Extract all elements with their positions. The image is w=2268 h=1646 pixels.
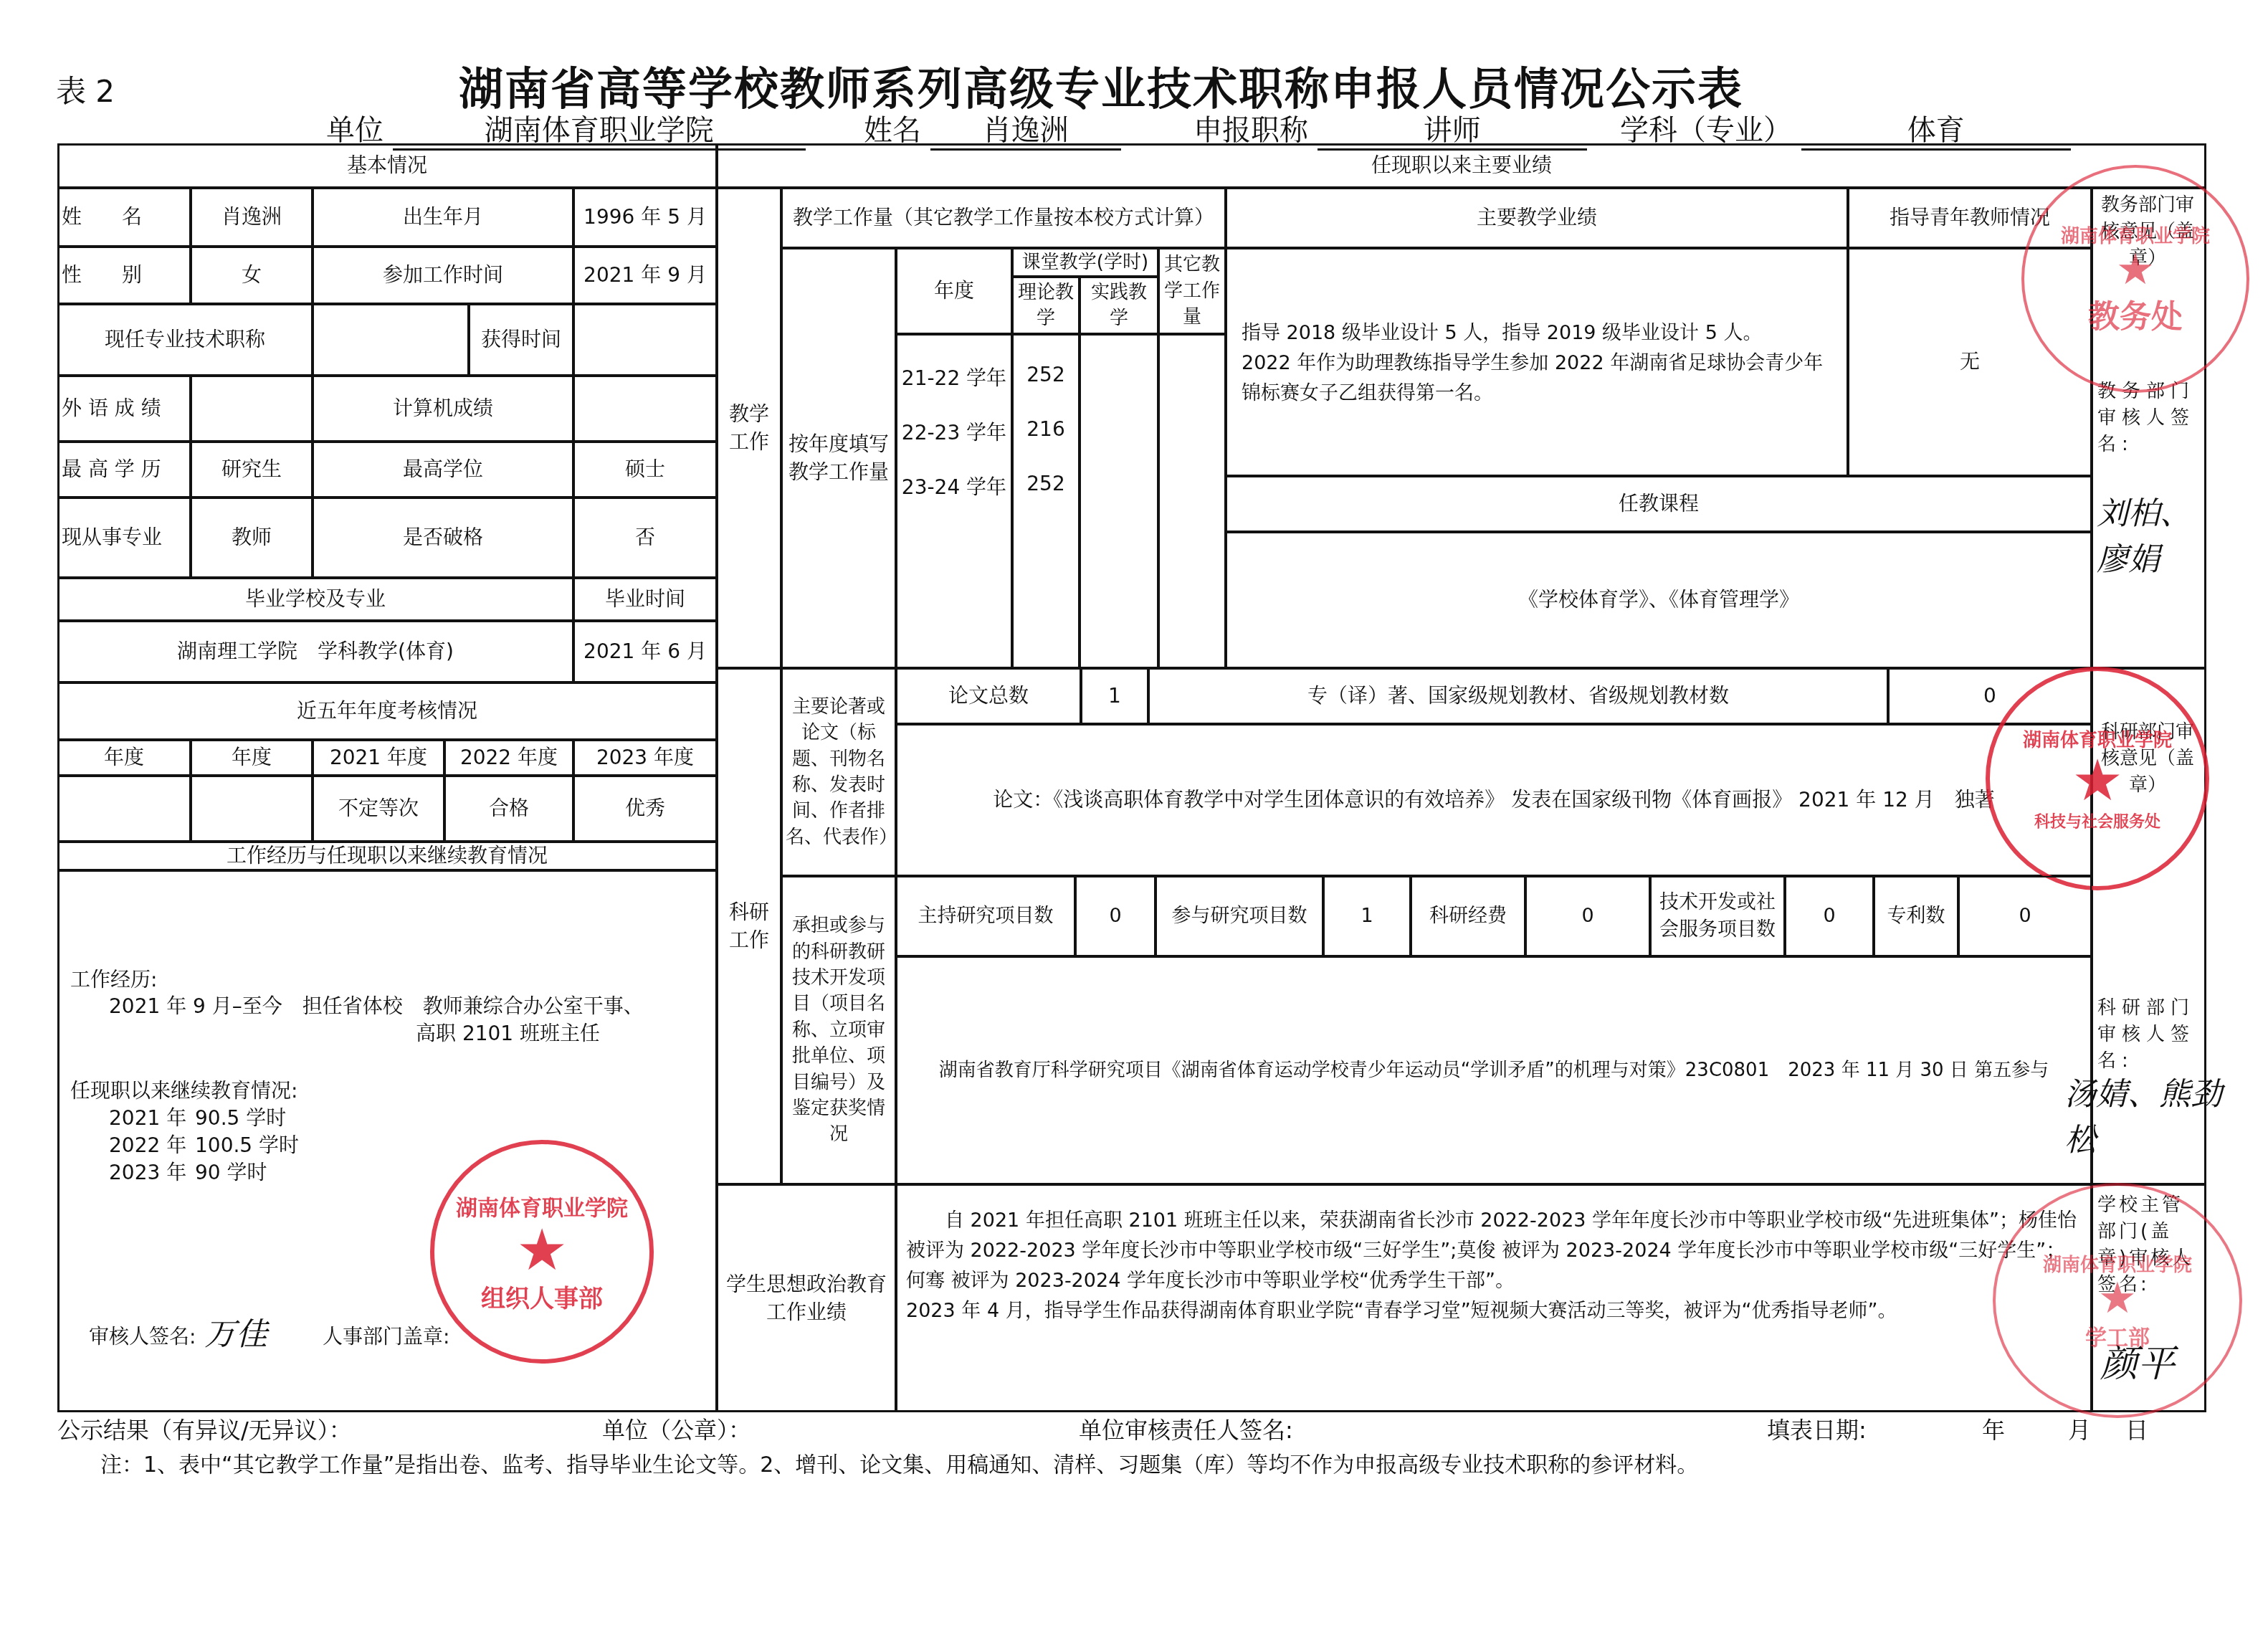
subject-label: 学科（专业） (1620, 114, 1792, 147)
tech-service-label: 技术开发或社会服务项目数 (1650, 876, 1785, 956)
continuing-hours: 100.5 学时 (195, 1130, 299, 1159)
unit-label: 单位 (326, 114, 383, 147)
assessment-value: 不定等次 (313, 776, 444, 842)
current-title-value-cell (313, 304, 469, 376)
work-start-label-cell: 参加工作时间 (313, 247, 573, 304)
foreign-lang-value-cell (191, 376, 313, 442)
research-opinion-label: 科研部门审核意见（盖章） (2097, 717, 2198, 796)
exception-label-cell: 是否破格 (313, 498, 573, 578)
workload-theory: 216 (1012, 417, 1080, 441)
name-value-cell: 肖逸洲 (191, 188, 313, 247)
patents-label: 专利数 (1874, 876, 1958, 956)
experience-title-cell: 工作经历与任现职以来继续教育情况 (57, 842, 717, 870)
paper-count-label-cell: 论文总数 (896, 668, 1081, 724)
host-projects-label: 主持研究项目数 (896, 876, 1075, 956)
continuing-hours: 90 学时 (195, 1157, 267, 1186)
tech-service-value: 0 (1785, 876, 1874, 956)
classroom-label-cell: 课堂教学(学时) (1012, 248, 1158, 277)
assessment-header: 年度 (191, 740, 313, 776)
assessment-title-cell: 近五年年度考核情况 (57, 682, 717, 740)
school-value-cell: 湖南理工学院 学科教学(体育) (57, 621, 573, 682)
research-signer-label: 科研部门审核人签名: (2097, 993, 2198, 1072)
continuing-year: 2023 年 (109, 1157, 186, 1186)
continuing-year: 2021 年 (109, 1103, 186, 1131)
assessment-value: 合格 (444, 776, 573, 842)
computer-label-cell: 计算机成绩 (313, 376, 573, 442)
courses-value-cell: 《学校体育学》、《体育管理学》 (1226, 532, 2092, 668)
workload-practice-col (1080, 334, 1158, 668)
paper-text-cell: 论文：《浅谈高职体育教学中对学生团体意识的有效培养》 发表在国家级刊物《体育画报… (896, 724, 2092, 876)
join-projects-label: 参与研究项目数 (1156, 876, 1323, 956)
papers-label-cell: 主要论著或论文（标题、刊物名称、发表时间、作者排名、代表作） (781, 668, 896, 876)
fill-date-label: 填表日期: (1767, 1412, 1867, 1445)
academic-signature: 刘柏、廖娟 (2097, 487, 2204, 579)
academic-opinion-label: 教务部门审核意见（盖章） (2097, 190, 2198, 270)
date-month: 月 (2068, 1412, 2091, 1445)
research-label: 科研工作 (728, 898, 771, 954)
books-label-cell: 专（译）著、国家级规划教材、省级规划教材数 (1148, 668, 1888, 724)
reviewer-signature: 万佳 (204, 1308, 267, 1354)
responsible-signer-label: 单位审核责任人签名: (1079, 1412, 1293, 1445)
table-number: 表 2 (56, 68, 115, 111)
year-label-cell: 年度 (896, 248, 1012, 334)
exception-value-cell: 否 (573, 498, 717, 578)
degree-value-cell: 硕士 (573, 442, 717, 498)
funds-value: 0 (1525, 876, 1650, 956)
assessment-header: 年度 (57, 740, 191, 776)
funds-label: 科研经费 (1411, 876, 1525, 956)
date-day: 日 (2125, 1412, 2148, 1445)
workload-year: 21-22 学年 (896, 363, 1012, 391)
major-value-cell: 教师 (191, 498, 313, 578)
main-teaching-label-cell: 主要教学业绩 (1226, 188, 1848, 248)
gender-label-cell: 性 别 (57, 247, 191, 304)
teaching-label-cell: 教学工作 (717, 188, 781, 668)
computer-value-cell (573, 376, 717, 442)
experience-label: 工作经历: (70, 964, 157, 993)
books-value-cell: 0 (1888, 668, 2092, 724)
experience-line2: 高职 2101 班班主任 (416, 1018, 600, 1047)
main-teaching-text-cell: 指导 2018 级毕业设计 5 人，指导 2019 级毕业设计 5 人。 202… (1226, 248, 1848, 476)
grad-time-label-cell: 毕业时间 (573, 578, 717, 621)
publicity-result-label: 公示结果（有异议/无异议）： (57, 1412, 352, 1445)
assessment-value: 优秀 (573, 776, 717, 842)
foreign-lang-label-cell: 外 语 成 绩 (57, 376, 191, 442)
research-signature: 汤婧、熊劲松 (2064, 1068, 2236, 1160)
student-work-text-cell: 自 2021 年担任高职 2101 班班主任以来，荣获湖南省长沙市 2022-2… (896, 1184, 2092, 1412)
current-title-label-cell: 现任专业技术职称 (57, 304, 313, 376)
birth-label-cell: 出生年月 (313, 188, 573, 247)
school-signature: 颜平 (2100, 1333, 2201, 1387)
achievements-title-cell: 任现职以来主要业绩 (717, 143, 2206, 188)
school-review-label: 学校主管部门(盖章)审核人签名: (2097, 1190, 2198, 1296)
project-text-cell: 湖南省教育厅科学研究项目《湖南省体育运动学校青少年运动员“学训矛盾”的机理与对策… (896, 956, 2092, 1184)
join-projects-value: 1 (1323, 876, 1411, 956)
workload-title-cell: 教学工作量（其它教学工作量按本校方式计算） (781, 188, 1226, 248)
academic-signer-label: 教务部门审核人签名: (2097, 376, 2198, 456)
host-projects-value: 0 (1075, 876, 1156, 956)
work-start-value-cell: 2021 年 9 月 (573, 247, 717, 304)
gender-value-cell: 女 (191, 247, 313, 304)
date-year: 年 (1982, 1412, 2005, 1445)
workload-year: 22-23 学年 (896, 417, 1012, 446)
continuing-label: 任现职以来继续教育情况: (70, 1075, 297, 1104)
workload-sub-cell: 按年度填写教学工作量 (781, 248, 896, 668)
basic-section-title: 基本情况 (57, 143, 717, 188)
birth-value-cell: 1996 年 5 月 (573, 188, 717, 247)
theory-label-cell: 理论教学 (1012, 277, 1080, 334)
student-work-label-cell: 学生思想政治教育工作业绩 (717, 1184, 896, 1412)
name-label: 姓名 (864, 114, 921, 147)
research-label-cell: 科研工作 (717, 668, 781, 1184)
grad-time-value-cell: 2021 年 6 月 (573, 621, 717, 682)
continuing-hours: 90.5 学时 (195, 1103, 286, 1131)
experience-line1: 2021 年 9 月–至今 担任省体校 教师兼综合办公室干事、 (109, 991, 644, 1019)
reviewer-label: 审核人签名: (89, 1321, 196, 1350)
practice-label-cell: 实践教学 (1080, 277, 1158, 334)
unit-seal-label: 单位（公章）： (602, 1412, 751, 1445)
assessment-header: 2022 年度 (444, 740, 573, 776)
assessment-header: 2023 年度 (573, 740, 717, 776)
assessment-value (191, 776, 313, 842)
courses-label-cell: 任教课程 (1226, 476, 2092, 532)
degree-label-cell: 最高学位 (313, 442, 573, 498)
workload-theory: 252 (1012, 363, 1080, 386)
name-label-cell: 姓 名 (57, 188, 191, 247)
applied-title-label: 申报职称 (1193, 114, 1308, 147)
teaching-label: 教学工作 (728, 400, 771, 456)
workload-other-col (1158, 334, 1226, 668)
obtain-time-label-cell: 获得时间 (469, 304, 573, 376)
patents-value: 0 (1958, 876, 2092, 956)
major-label-cell: 现从事专业 (57, 498, 191, 578)
other-label-cell: 其它教学工作量 (1158, 248, 1226, 334)
workload-theory: 252 (1012, 472, 1080, 495)
school-label-cell: 毕业学校及专业 (57, 578, 573, 621)
mentor-value-cell: 无 (1848, 248, 2092, 476)
footnote: 注：1、表中“其它教学工作量”是指出卷、监考、指导毕业生论文等。2、增刊、论文集… (100, 1447, 1698, 1478)
workload-year: 23-24 学年 (896, 472, 1012, 500)
assessment-header: 2021 年度 (313, 740, 444, 776)
continuing-year: 2022 年 (109, 1130, 186, 1159)
obtain-time-value-cell (573, 304, 717, 376)
paper-count-value-cell: 1 (1081, 668, 1148, 724)
projects-label-cell: 承担或参与的科研教研技术开发项目（项目名称、立项审批单位、项目编号）及鉴定获奖情… (781, 876, 896, 1184)
mentor-label-cell: 指导青年教师情况 (1848, 188, 2092, 248)
edu-label-cell: 最 高 学 历 (57, 442, 191, 498)
dept-seal-label: 人事部门盖章: (323, 1321, 449, 1350)
assessment-value (57, 776, 191, 842)
edu-value-cell: 研究生 (191, 442, 313, 498)
